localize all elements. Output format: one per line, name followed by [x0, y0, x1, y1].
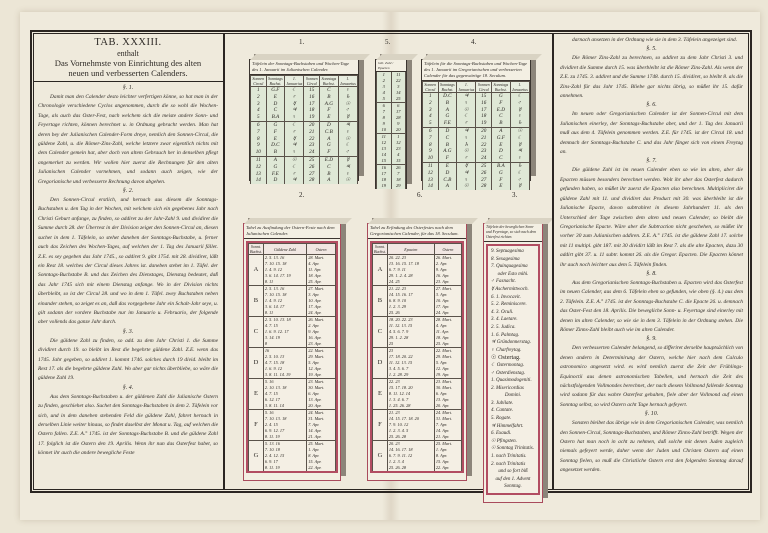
table-cell: ♃: [285, 107, 304, 114]
table-cell: D.C: [266, 142, 285, 149]
table-cell: 2: [251, 94, 267, 101]
table-cell: C: [320, 164, 339, 171]
table-cell: 6: [251, 121, 267, 128]
section-heading: §. 7.: [560, 157, 743, 166]
table-cell: 17: [304, 101, 320, 108]
feast-day-item: und so fort biß: [491, 468, 535, 476]
feast-day-item: 2. nach Trinitatis: [491, 461, 535, 469]
feast-day-item: oder Esto mihi.: [491, 271, 535, 279]
feast-day-item: 9. Septuagesima: [491, 248, 535, 256]
table-header-row: Sonnen CirculSonntags Buchst.1. Januariu…: [423, 82, 530, 93]
table-cell: 8: [251, 136, 267, 143]
table-cell: F: [320, 149, 339, 156]
feast-day-item: ♂ Fasnacht.: [491, 278, 535, 286]
table-cell: B: [320, 171, 339, 178]
table-cell: 22: [476, 142, 492, 149]
table-cell: ♂: [285, 129, 304, 136]
table-cell: E: [266, 136, 285, 143]
table-cell: 1: [423, 93, 439, 100]
table-cell: 19: [304, 114, 320, 121]
table-row: 2E♂16B♄: [251, 94, 358, 101]
table-row: 11A☉25E.D☿: [251, 156, 358, 163]
table-row: 6G☾20D♃: [251, 121, 358, 128]
number-cell: 8. 11. 19: [263, 465, 306, 471]
table-cell: 4: [423, 113, 439, 120]
feast-day-item: 1. nach Trinitatis.: [491, 453, 535, 461]
table-1-caption: Täfelein der Sonntags-Buchstaben und Woc…: [250, 60, 358, 75]
table-row: 13C.B♀27F♂: [423, 177, 530, 184]
section-paragraph: darnach ansetzen in der Ordnung wie sie …: [560, 36, 743, 45]
table-cell: ♃: [285, 142, 304, 149]
sunday-letter-cell: A: [373, 255, 388, 286]
table-cell: ☾: [510, 170, 529, 177]
section-heading: §. 3.: [38, 328, 218, 337]
table-row: 8E☿22A☉: [251, 136, 358, 143]
feast-day-item: 8. Sexagesima: [491, 256, 535, 264]
feast-day-item: 3. 4. Laetare.: [491, 316, 535, 324]
table-cell: 17: [476, 107, 492, 114]
table-5-caption: Gül. Zahl / Epacten: [376, 60, 406, 72]
table-cell: 12: [251, 164, 267, 171]
table-cell: 2: [423, 100, 439, 107]
easter-date-cell: 22. Apr.: [307, 465, 336, 471]
table-cell: 19: [377, 183, 392, 189]
table-cell: A: [320, 136, 339, 143]
feast-day-item: 1. 6. Palmtag.: [491, 332, 535, 340]
table-row: 4C♃18F♂: [251, 107, 358, 114]
table-cell: 22: [304, 136, 320, 143]
column-header: 1. Januarius: [285, 76, 304, 87]
sunday-letter-cell: D: [373, 348, 388, 379]
left-sections: §. 1.Damit man den Calender desto leicht…: [38, 84, 218, 459]
table-row: 9D.C♃23G☾: [251, 142, 358, 149]
table-cell: 24: [476, 155, 492, 162]
table-cell: 8: [423, 142, 439, 149]
table-cell: ♀: [510, 155, 529, 162]
table-row: 10F♂24C♀: [423, 155, 530, 162]
feast-day-item: ☉ Ostertag.: [491, 354, 535, 362]
table-cell: ♀: [338, 87, 357, 94]
table-cell: ☾: [285, 164, 304, 171]
table-cell: ☉: [338, 101, 357, 108]
table-cell: 6: [423, 127, 439, 134]
table-cell: ♀: [285, 114, 304, 121]
table-cell: C: [492, 155, 511, 162]
table-cell: ☿: [285, 101, 304, 108]
table-header-row: Sonnt. Buchst.EpactenOstern: [373, 244, 462, 255]
table-cell: 4: [251, 107, 267, 114]
section-heading: §. 5.: [560, 45, 743, 54]
section-heading: §. 2.: [38, 187, 218, 196]
table-cell: D: [266, 101, 285, 108]
column-header: Sonnt. Buchst.: [249, 244, 264, 255]
table-row: 3D☿17A.G☉: [251, 101, 358, 108]
table-cell: B.A: [492, 162, 511, 169]
table-cell: 28: [304, 177, 320, 184]
table-5-grid: 1112223341452566717828991020111121213231…: [376, 72, 406, 189]
table-cell: F: [266, 129, 285, 136]
table-cell: F: [438, 155, 457, 162]
table-cell: ♀: [457, 177, 476, 184]
table-4-grid-wrap: Sonnen CirculSonntags Buchst.1. Januariu…: [422, 81, 530, 190]
table-4-grid: Sonnen CirculSonntags Buchst.1. Januariu…: [422, 81, 530, 190]
section-paragraph: Sonsten bleibet das übrige wie in dem Gr…: [560, 419, 743, 475]
sunday-letter-cell: F: [373, 410, 388, 441]
table-row: 12D♃26G☾: [423, 170, 530, 177]
table-cell: C: [266, 107, 285, 114]
table-cell: 5: [423, 120, 439, 127]
table-cell: ☾: [510, 93, 529, 100]
feast-day-item: 3. Jubilate.: [491, 400, 535, 408]
table-cell: G.F: [266, 87, 285, 94]
table-row: 7F♂21C.B♀: [251, 129, 358, 136]
feast-day-item: 5. 2. Reminiscere.: [491, 301, 535, 309]
table-cell: 26: [476, 170, 492, 177]
table-cell: 21: [304, 129, 320, 136]
plate-heading-2: neuen und verbesserten Calenders.: [33, 68, 223, 78]
table-cell: ☉: [457, 107, 476, 114]
table-cell: ♄: [510, 162, 529, 169]
feast-day-item: ☿ Aschermittwoch.: [491, 286, 535, 294]
table-3-caption: Täfelein der beweglichen Sonn- und Feyer…: [484, 224, 542, 242]
table-2-grid: Sonnt. Buchst.Güldene ZahlOsternA2. 5. 1…: [248, 243, 336, 471]
table-cell: 29: [391, 183, 406, 189]
section-paragraph: Damit man den Calender desto leichter ve…: [38, 93, 218, 187]
table-4-number: 4.: [471, 38, 476, 46]
table-cell: ☿: [510, 107, 529, 114]
table-cell: 9: [251, 142, 267, 149]
table-cell: C.B: [320, 129, 339, 136]
table-cell: C: [492, 113, 511, 120]
section-heading: §. 9.: [560, 335, 743, 344]
table-1-number: 1.: [299, 38, 304, 46]
feast-day-item: 6. Exaudi.: [491, 430, 535, 438]
table-cell: D: [492, 148, 511, 155]
sunday-letter-cell: E: [249, 379, 264, 410]
table-cell: ♂: [510, 177, 529, 184]
table-5: Gül. Zahl / Epacten 11122233414525667178…: [375, 59, 407, 189]
table-5-number: 5.: [385, 38, 390, 46]
table-row: 11E☿25B.A♄: [423, 162, 530, 169]
column-header: Sonnt. Buchst.: [373, 244, 388, 255]
table-cell: ☾: [510, 135, 529, 142]
feast-day-item: 5. Rogate.: [491, 415, 535, 423]
table-cell: ♀: [457, 100, 476, 107]
table-cell: ☉: [338, 177, 357, 184]
section-paragraph: Die güldene Zahl ist im neuen Calender e…: [560, 166, 743, 269]
table-cell: D: [266, 177, 285, 184]
feast-day-item: ♂ Osterdienstag.: [491, 370, 535, 378]
feast-day-item: 2. Misericordias: [491, 385, 535, 393]
table-cell: ♂: [285, 171, 304, 178]
table-cell: ♄: [510, 120, 529, 127]
table-1-grid: Sonnen CirculSonntags Buchst.1. Januariu…: [250, 75, 358, 184]
table-6-grid: Sonnt. Buchst.EpactenOsternA20. 22. 2326…: [372, 243, 462, 471]
table-cell: G: [266, 164, 285, 171]
table-cell: 24: [304, 149, 320, 156]
table-cell: C: [320, 87, 339, 94]
column-header: Sonnen Circul: [476, 82, 492, 93]
table-cell: ☾: [285, 87, 304, 94]
section-heading: §. 6.: [560, 101, 743, 110]
table-cell: ♃: [457, 170, 476, 177]
table-cell: A.G: [438, 148, 457, 155]
table-cell: E.D: [320, 156, 339, 163]
column-header: 1. Januarius: [510, 82, 529, 93]
table-cell: F: [492, 177, 511, 184]
table-cell: 18: [476, 113, 492, 120]
table-cell: E: [492, 142, 511, 149]
section-paragraph: Den Sonnen-Circul erstlich, und hernach …: [38, 196, 218, 328]
table-cell: 19: [476, 120, 492, 127]
table-2-number: 2.: [299, 191, 304, 199]
table-cell: E: [492, 183, 511, 190]
table-row: 2B♀16F♂: [423, 100, 530, 107]
table-cell: D.C: [438, 93, 457, 100]
table-4-caption: Täfelein für die Sonntags-Buchstaben und…: [422, 60, 530, 81]
table-cell: 12: [423, 170, 439, 177]
sunday-letter-cell: A: [249, 255, 264, 286]
table-2: Tabel zu Ausfindung der Ostern-Feste nac…: [243, 223, 341, 481]
column-header: Ostern: [307, 244, 336, 255]
table-cell: A: [320, 177, 339, 184]
table-cell: 20: [476, 127, 492, 134]
table-cell: A: [438, 183, 457, 190]
table-row: 9A.G☉23D♃: [423, 148, 530, 155]
table-cell: G: [320, 142, 339, 149]
table-2-grid-wrap: Sonnt. Buchst.Güldene ZahlOsternA2. 5. 1…: [246, 241, 338, 473]
table-row: 13F.E♂27B♀: [251, 171, 358, 178]
column-header: Sonntags Buchst.: [492, 82, 511, 93]
plate-title-block: TAB. XXXIII. enthalt Das Vornehmste von …: [33, 33, 223, 82]
section-paragraph: Die güldene Zahl zu finden, so add. zu d…: [38, 337, 218, 384]
table-row: 10B♀24F♂: [251, 149, 358, 156]
table-cell: E: [438, 162, 457, 169]
table-cell: ♄: [457, 142, 476, 149]
number-cell: 25. 26. 28: [387, 465, 434, 471]
feast-day-item: Domini.: [491, 392, 535, 400]
right-sections: darnach ansetzen in der Ordnung wie sie …: [560, 36, 743, 476]
sunday-letter-cell: B: [373, 286, 388, 317]
table-cell: G.F: [492, 135, 511, 142]
section-heading: §. 4.: [38, 384, 218, 393]
column-header: 1. Januarius: [457, 82, 476, 93]
table-row: 5B.A♀19E☿: [251, 114, 358, 121]
table-cell: ♀: [457, 135, 476, 142]
table-cell: ♃: [457, 93, 476, 100]
table-cell: ☉: [285, 156, 304, 163]
table-cell: ☉: [457, 183, 476, 190]
table-row: 5F.E♂19B♄: [423, 120, 530, 127]
table-cell: E: [266, 94, 285, 101]
table-cell: 11: [251, 156, 267, 163]
table-cell: A: [266, 156, 285, 163]
table-4: Täfelein für die Sonntags-Buchstaben und…: [421, 59, 531, 181]
table-cell: ☿: [338, 156, 357, 163]
table-cell: ♀: [338, 171, 357, 178]
table-cell: F: [320, 107, 339, 114]
table-cell: 18: [304, 107, 320, 114]
table-cell: B: [266, 149, 285, 156]
table-row: 8B♄22E☿: [423, 142, 530, 149]
table-cell: 20: [304, 121, 320, 128]
section-paragraph: Den verbesserten Calender belangend, so …: [560, 344, 743, 410]
feast-day-item: 2. 5. Judica.: [491, 324, 535, 332]
table-row: 1929: [377, 183, 406, 189]
sunday-letter-cell: B: [249, 286, 264, 317]
table-cell: 27: [476, 177, 492, 184]
table-cell: ♀: [338, 129, 357, 136]
table-cell: F: [492, 100, 511, 107]
sunday-letter-cell: E: [373, 379, 388, 410]
table-1: Täfelein der Sonntags-Buchstaben und Woc…: [249, 59, 359, 181]
table-cell: B: [438, 100, 457, 107]
table-cell: ♃: [457, 127, 476, 134]
sunday-letter-cell: G: [373, 441, 388, 472]
feast-day-item: auf den 1. Advent: [491, 476, 535, 484]
table-cell: ♃: [285, 177, 304, 184]
table-cell: G: [266, 121, 285, 128]
column-header: Sonnen Circul: [304, 76, 320, 87]
table-cell: ♂: [457, 120, 476, 127]
section-heading: §. 1.: [38, 84, 218, 93]
table-cell: ☿: [338, 114, 357, 121]
column-header: Sonnen Circul: [423, 82, 439, 93]
table-cell: 10: [251, 149, 267, 156]
left-text-column: TAB. XXXIII. enthalt Das Vornehmste von …: [33, 33, 225, 490]
table-cell: G: [492, 170, 511, 177]
column-header: Sonntags Buchst.: [266, 76, 285, 87]
table-cell: G: [492, 93, 511, 100]
table-6-caption: Tabel zu Erfindung des Osterfestes nach …: [368, 224, 466, 239]
section-heading: §. 8.: [560, 270, 743, 279]
table-cell: E.D: [492, 107, 511, 114]
table-cell: A: [492, 127, 511, 134]
table-cell: ☉: [338, 136, 357, 143]
plate-subtitle: enthalt: [33, 49, 223, 58]
feast-day-item: 1. Quasimodogeniti.: [491, 377, 535, 385]
table-cell: F.E: [438, 120, 457, 127]
section-paragraph: Im neuen oder Gregorianischen Calender i…: [560, 110, 743, 157]
table-1-grid-wrap: Sonnen CirculSonntags Buchst.1. Januariu…: [250, 75, 358, 184]
table-cell: 14: [423, 183, 439, 190]
table-cell: 26: [304, 164, 320, 171]
table-cell: ♄: [338, 94, 357, 101]
table-cell: 14: [251, 177, 267, 184]
table-3: Täfelein der beweglichen Sonn- und Feyer…: [483, 223, 543, 503]
table-cell: ☿: [510, 142, 529, 149]
table-cell: D: [320, 121, 339, 128]
feast-day-item: 7. Quinquagesima: [491, 263, 535, 271]
table-cell: ☿: [285, 136, 304, 143]
feast-day-item: ♀ Charfreytag.: [491, 347, 535, 355]
table-cell: ☾: [285, 121, 304, 128]
table-cell: 9: [423, 148, 439, 155]
sunday-letter-cell: G: [249, 441, 264, 472]
column-header: 1. Januarius: [338, 76, 357, 87]
table-row: 3A☉17E.D☿: [423, 107, 530, 114]
table-cell: 15: [476, 93, 492, 100]
table-cell: C: [438, 135, 457, 142]
section-paragraph: Die Römer Zins-Zahl zu berechnen, so add…: [560, 54, 743, 101]
table-3-list: 9. Septuagesima8. Sexagesima7. Quinquage…: [486, 244, 540, 495]
table-cell: 27: [304, 171, 320, 178]
table-row: 14D♃28A☉: [251, 177, 358, 184]
table-cell: 21: [476, 135, 492, 142]
table-5-grid-wrap: 1112223341452566717828991020111121213231…: [376, 72, 406, 189]
table-row: 14A☉28E☿: [423, 183, 530, 190]
table-cell: A: [438, 107, 457, 114]
table-cell: A.G: [320, 101, 339, 108]
table-row: 1G.F☾15C♀: [251, 87, 358, 94]
table-row: 4G☾18C♀: [423, 113, 530, 120]
table-cell: 5: [251, 114, 267, 121]
section-paragraph: Aus dem Sonntags-Buchstaben u. der gülde…: [38, 393, 218, 459]
table-6-grid-wrap: Sonnt. Buchst.EpactenOsternA20. 22. 2326…: [370, 241, 464, 473]
table-cell: B.A: [266, 114, 285, 121]
table-3-number: 3.: [512, 191, 517, 199]
table-row: 7C♀21G.F☾: [423, 135, 530, 142]
column-header: Epacten: [387, 244, 434, 255]
table-cell: 1: [251, 87, 267, 94]
feast-day-item: Sonntag.: [491, 483, 535, 491]
table-cell: 25: [304, 156, 320, 163]
table-cell: D: [438, 127, 457, 134]
table-cell: 7: [423, 135, 439, 142]
table-cell: ♂: [338, 107, 357, 114]
table-cell: ☉: [457, 148, 476, 155]
easter-date-cell: 22. Apr.: [434, 465, 461, 471]
table-cell: 16: [476, 100, 492, 107]
column-header: Sonntags Buchst.: [320, 76, 339, 87]
feast-day-item: ☉ Sonntag Trinitatis.: [491, 445, 535, 453]
table-cell: 11: [423, 162, 439, 169]
feast-day-item: ☉ Pfingsten.: [491, 438, 535, 446]
table-cell: ☾: [457, 113, 476, 120]
table-cell: ♂: [338, 149, 357, 156]
table-header-row: Sonnt. Buchst.Güldene ZahlOstern: [249, 244, 336, 255]
table-6-number: 6.: [417, 191, 422, 199]
column-header: Ostern: [434, 244, 461, 255]
section-heading: §. 10.: [560, 410, 743, 419]
table-cell: 16: [304, 94, 320, 101]
table-2-caption: Tabel zu Ausfindung der Ostern-Feste nac…: [244, 224, 340, 239]
table-cell: ♃: [338, 121, 357, 128]
column-header: Güldene Zahl: [263, 244, 306, 255]
table-cell: ♀: [285, 149, 304, 156]
table-cell: B: [492, 120, 511, 127]
column-header: Sonnen Circul: [251, 76, 267, 87]
table-cell: F.E: [266, 171, 285, 178]
sunday-letter-cell: C: [373, 317, 388, 348]
column-header: Sonntags Buchst.: [438, 82, 457, 93]
table-cell: 10: [423, 155, 439, 162]
table-cell: ♃: [338, 164, 357, 171]
table-row: 12G☾26C♃: [251, 164, 358, 171]
feast-day-item: 4. 3. Oculi.: [491, 309, 535, 317]
sunday-letter-cell: F: [249, 410, 264, 441]
feast-day-item: 4. Cantate.: [491, 407, 535, 415]
feast-day-item: 6. 1. Invocavit.: [491, 294, 535, 302]
table-cell: 15: [304, 87, 320, 94]
table-6: Tabel zu Erfindung des Osterfestes nach …: [367, 223, 467, 481]
table-row: 6D♃20A☉: [423, 127, 530, 134]
plate-title: TAB. XXXIII.: [33, 37, 223, 49]
table-cell: 28: [476, 183, 492, 190]
table-cell: ☿: [510, 183, 529, 190]
table-cell: B: [320, 94, 339, 101]
table-cell: ☿: [457, 162, 476, 169]
